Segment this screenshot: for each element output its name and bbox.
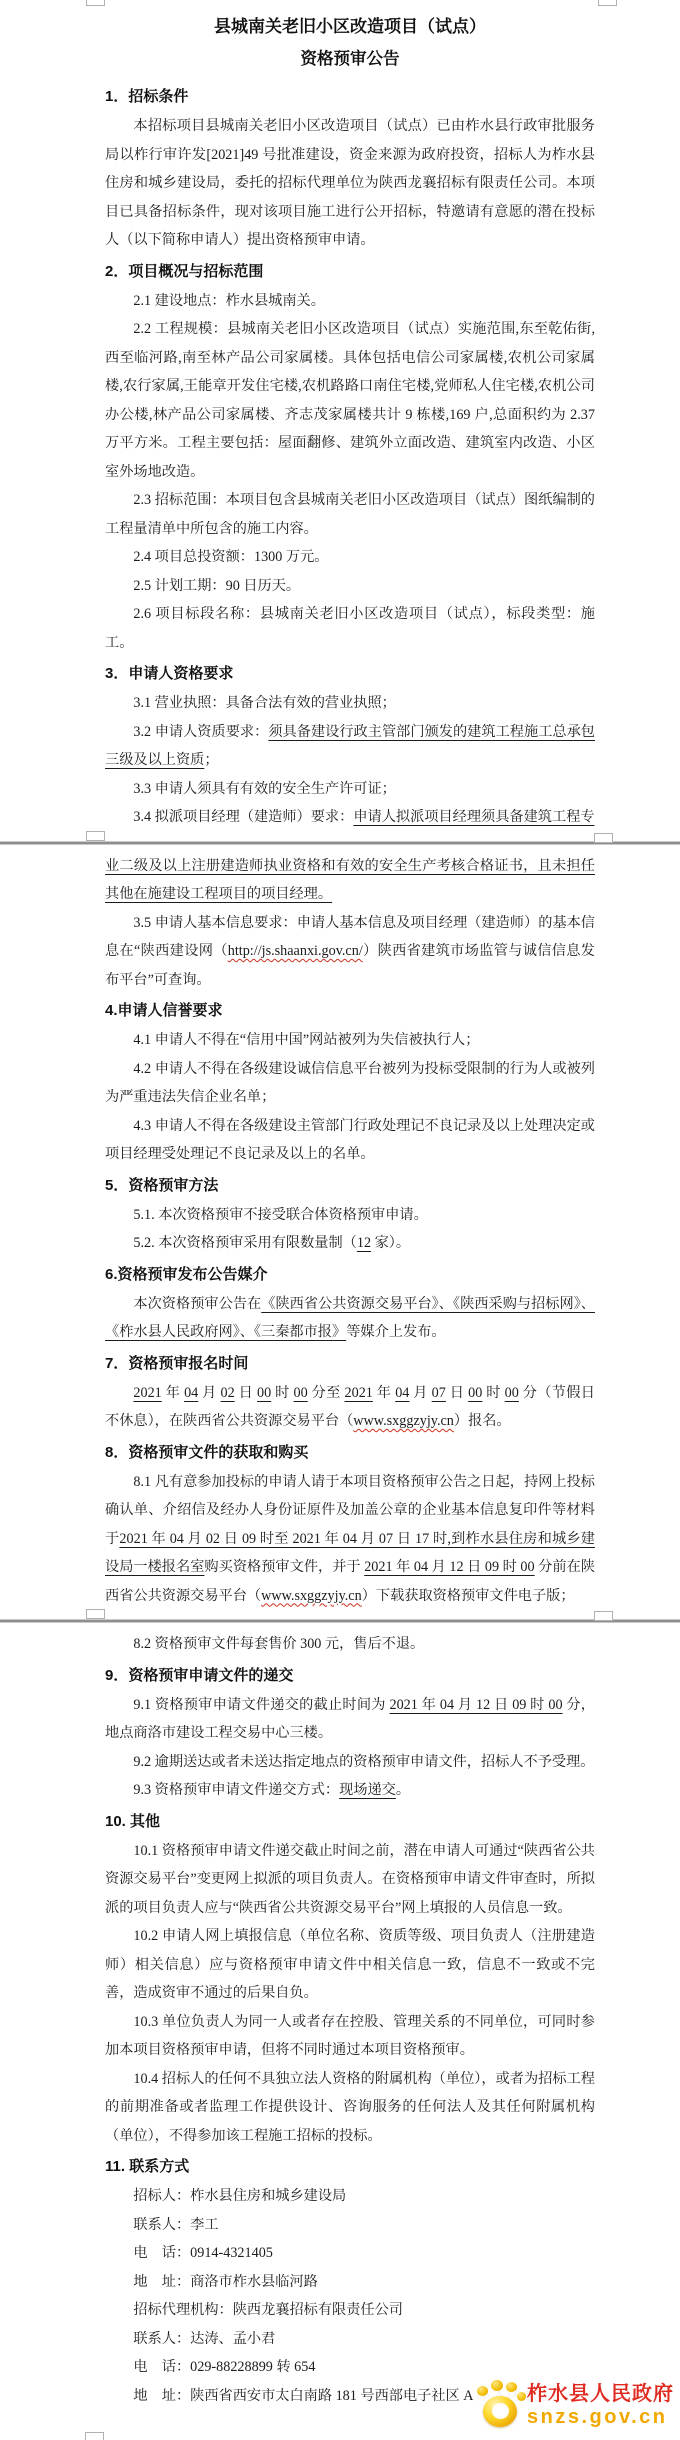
page-corner-mark: [594, 833, 613, 843]
section-heading: 4.申请人信誉要求: [105, 996, 595, 1026]
paragraph: 2.5 计划工期：90 日历天。: [105, 572, 595, 601]
paragraph: 3.1 营业执照：具备合法有效的营业执照；: [105, 689, 595, 718]
paragraph: 地 址：商洛市柞水县临河路: [105, 2268, 595, 2297]
document-subtitle: 资格预审公告: [105, 43, 595, 76]
watermark: 柞水县人民政府 snzs.gov.cn: [473, 2376, 678, 2436]
paragraph: 3.2 申请人资质要求：须具备建设行政主管部门颁发的建筑工程施工总承包三级及以上…: [105, 718, 595, 775]
url-text: www.sxggzyjy.cn: [353, 1413, 454, 1429]
document-body: 1．招标条件本招标项目县城南关老旧小区改造项目（试点）已由柞水县行政审批服务局以…: [105, 82, 595, 2410]
paragraph: 2.6 项目标段名称：县城南关老旧小区改造项目（试点），标段类型：施工。: [105, 600, 595, 657]
section-heading: 2．项目概况与招标范围: [105, 257, 595, 287]
section-heading: 8．资格预审文件的获取和购买: [105, 1438, 595, 1468]
watermark-org-name: 柞水县人民政府: [527, 2383, 674, 2406]
paragraph: 本招标项目县城南关老旧小区改造项目（试点）已由柞水县行政审批服务局以柞行审许发[…: [105, 112, 595, 255]
section-heading: 7．资格预审报名时间: [105, 1349, 595, 1379]
paragraph: 3.5 申请人基本信息要求：申请人基本信息及项目经理（建造师）的基本信息在“陕西…: [105, 909, 595, 995]
paragraph: 9.2 逾期送达或者未送达指定地点的资格预审申请文件，招标人不予受理。: [105, 1748, 595, 1777]
url-text: http://js.shaanxi.gov.cn/: [228, 943, 363, 959]
document-page: 县城南关老旧小区改造项目（试点） 资格预审公告 1．招标条件本招标项目县城南关老…: [0, 0, 680, 2440]
section-heading: 10. 其他: [105, 1807, 595, 1837]
page-corner-mark-top-left: [86, 0, 105, 6]
section-heading: 6.资格预审发布公告媒介: [105, 1260, 595, 1290]
paragraph: 10.2 申请人网上填报信息（单位名称、资质等级、项目负责人（注册建造师）相关信…: [105, 1922, 595, 2008]
page-break: [0, 836, 680, 848]
paragraph: 3.3 申请人须具有有效的安全生产许可证；: [105, 775, 595, 804]
paragraph: 8.1 凡有意参加投标的申请人请于本项目资格预审公告之日起，持网上投标确认单、介…: [105, 1468, 595, 1611]
paragraph: 2021 年 04 月 02 日 00 时 00 分至 2021 年 04 月 …: [105, 1379, 595, 1436]
page-corner-mark-top-right: [598, 0, 617, 6]
url-text: www.sxggzyjy.cn: [261, 1588, 362, 1604]
paragraph: 10.3 单位负责人为同一人或者存在控股、管理关系的不同单位，可同时参加本项目资…: [105, 2008, 595, 2065]
section-heading: 3．申请人资格要求: [105, 659, 595, 689]
page-corner-mark: [594, 1611, 613, 1621]
document-content: 县城南关老旧小区改造项目（试点） 资格预审公告 1．招标条件本招标项目县城南关老…: [0, 0, 680, 2440]
paragraph: 2.4 项目总投资额：1300 万元。: [105, 543, 595, 572]
section-heading: 11. 联系方式: [105, 2152, 595, 2182]
page-corner-mark: [86, 831, 105, 841]
paragraph: 电 话：0914-4321405: [105, 2239, 595, 2268]
paragraph: 联系人：李工: [105, 2211, 595, 2240]
paragraph: 10.1 资格预审申请文件递交截止时间之前，潜在申请人可通过“陕西省公共资源交易…: [105, 1837, 595, 1923]
page-corner-mark: [86, 1609, 105, 1619]
section-heading: 5．资格预审方法: [105, 1171, 595, 1201]
gov-logo-icon: [475, 2380, 527, 2432]
paragraph: 3.4 拟派项目经理（建造师）要求：申请人拟派项目经理须具备建筑工程专: [105, 803, 595, 832]
paragraph: 招标代理机构：陕西龙襄招标有限责任公司: [105, 2296, 595, 2325]
document-title: 县城南关老旧小区改造项目（试点）: [105, 10, 595, 43]
paragraph: 9.3 资格预审申请文件递交方式：现场递交。: [105, 1776, 595, 1805]
section-heading: 1．招标条件: [105, 82, 595, 112]
paragraph: 本次资格预审公告在《陕西省公共资源交易平台》、《陕西采购与招标网》、《柞水县人民…: [105, 1290, 595, 1347]
page-break: [0, 1614, 680, 1626]
paragraph: 4.3 申请人不得在各级建设主管部门行政处理记不良记录及以上处理决定或项目经理受…: [105, 1112, 595, 1169]
paragraph: 5.2. 本次资格预审采用有限数量制（12 家）。: [105, 1229, 595, 1258]
paragraph: 9.1 资格预审申请文件递交的截止时间为 2021 年 04 月 12 日 09…: [105, 1691, 595, 1748]
paragraph: 2.1 建设地点：柞水县城南关。: [105, 287, 595, 316]
paragraph: 2.2 工程规模：县城南关老旧小区改造项目（试点）实施范围,东至乾佑街,西至临河…: [105, 315, 595, 486]
paragraph: 4.1 申请人不得在“信用中国”网站被列为失信被执行人；: [105, 1026, 595, 1055]
paragraph: 5.1. 本次资格预审不接受联合体资格预审申请。: [105, 1201, 595, 1230]
paragraph: 8.2 资格预审文件每套售价 300 元，售后不退。: [105, 1630, 595, 1659]
watermark-site-url: snzs.gov.cn: [527, 2406, 674, 2429]
section-heading: 9．资格预审申请文件的递交: [105, 1661, 595, 1691]
page-corner-mark-bottom-left: [85, 2432, 104, 2440]
paragraph: 业二级及以上注册建造师执业资格和有效的安全生产考核合格证书，且未担任其他在施建设…: [105, 852, 595, 909]
paragraph: 2.3 招标范围：本项目包含县城南关老旧小区改造项目（试点）图纸编制的工程量清单…: [105, 486, 595, 543]
paragraph: 10.4 招标人的任何不具独立法人资格的附属机构（单位），或者为招标工程的前期准…: [105, 2065, 595, 2151]
paragraph: 招标人：柞水县住房和城乡建设局: [105, 2182, 595, 2211]
paragraph: 联系人：达涛、孟小君: [105, 2325, 595, 2354]
paragraph: 4.2 申请人不得在各级建设诚信信息平台被列为投标受限制的行为人或被列为严重违法…: [105, 1055, 595, 1112]
